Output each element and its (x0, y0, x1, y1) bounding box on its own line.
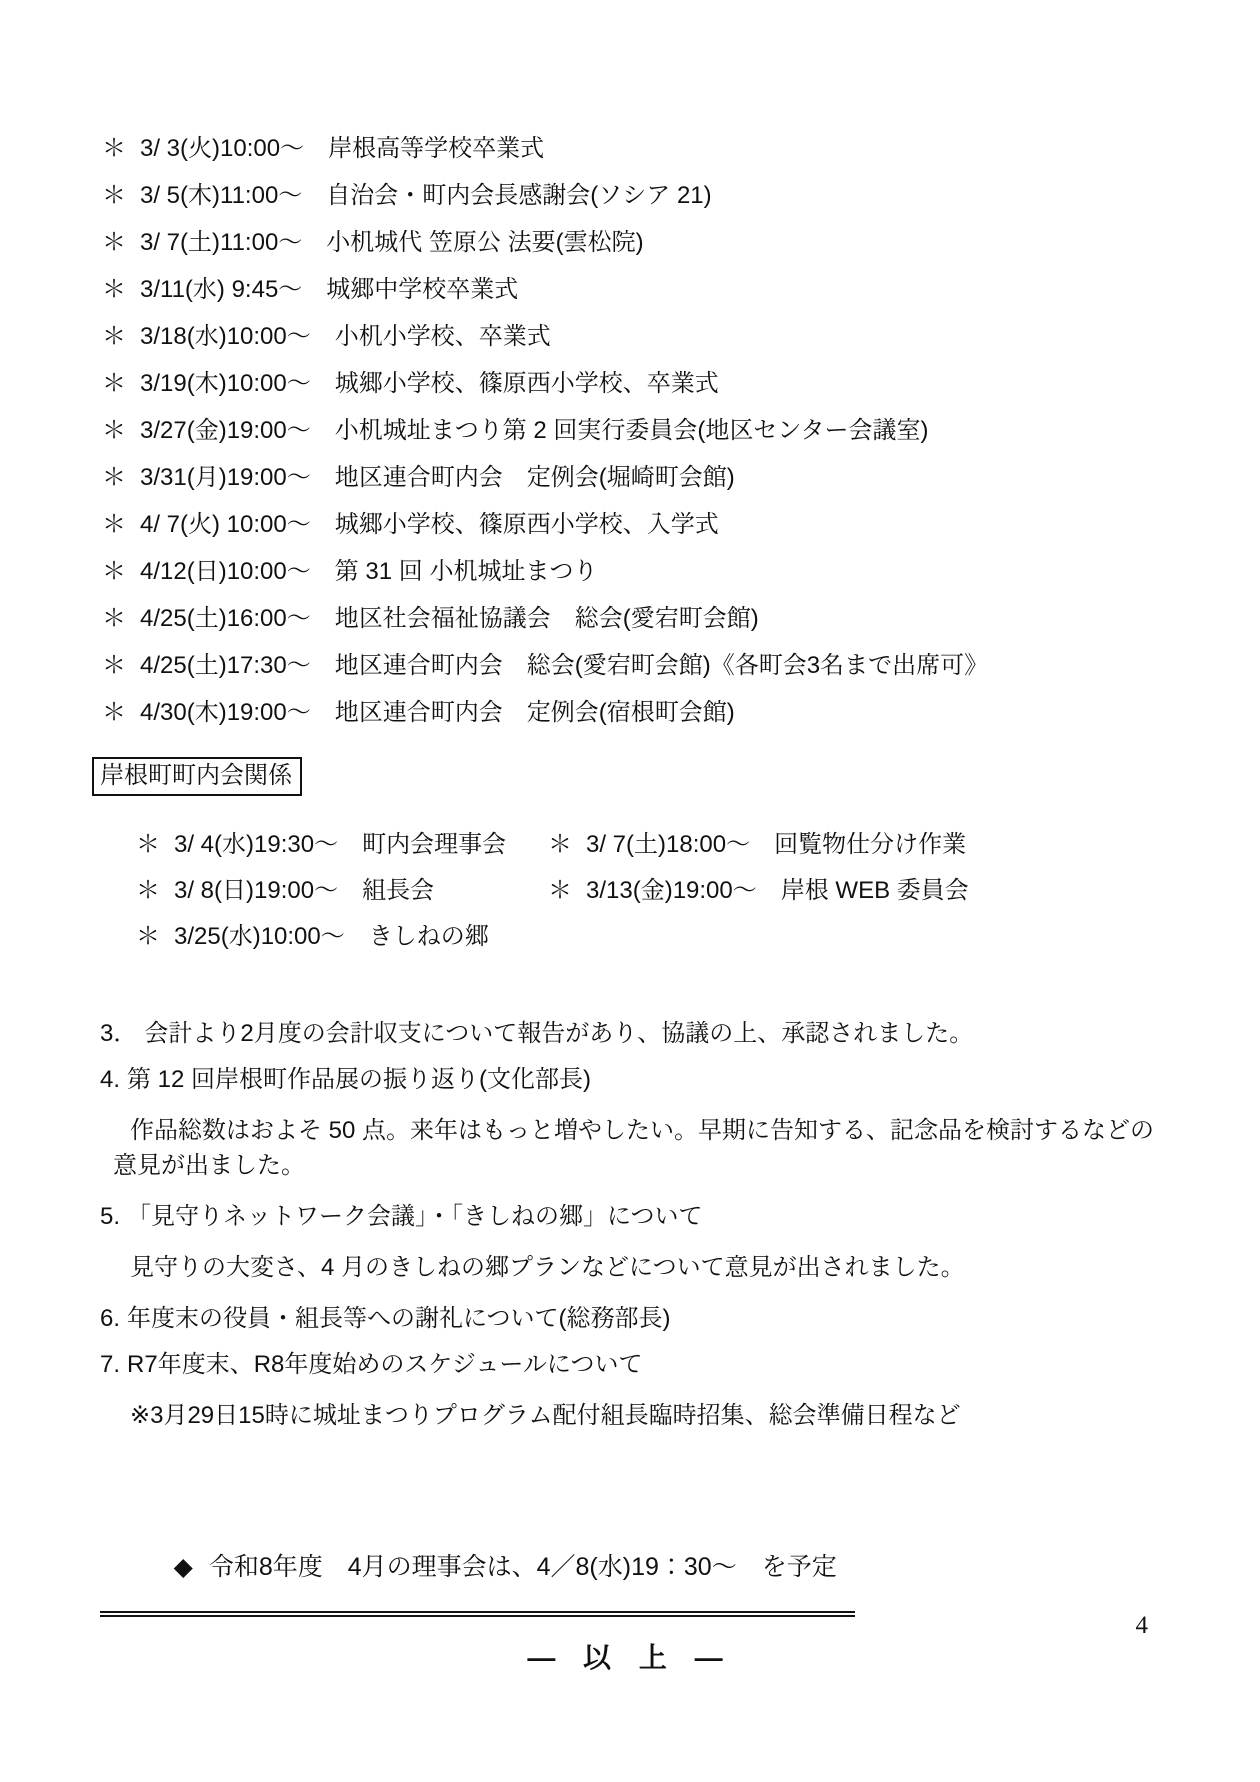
asterisk-bullet: ＊ (100, 230, 140, 255)
schedule-item-text: 4/25(土)17:30～ 地区連合町内会 総会(愛宕町会館)《各町会3名まで出… (140, 653, 988, 678)
schedule-item: ＊3/31(月)19:00～ 地区連合町内会 定例会(堀崎町会館) (100, 465, 1160, 490)
schedule-item: ＊3/ 8(日)19:00～ 組長会 (134, 878, 546, 903)
schedule-item: ＊3/ 3(火)10:00～ 岸根高等学校卒業式 (100, 136, 1160, 161)
agenda-number: 4. (100, 1067, 120, 1092)
asterisk-bullet: ＊ (546, 878, 586, 903)
schedule-item-text: 3/ 8(日)19:00～ 組長会 (174, 878, 434, 903)
asterisk-bullet: ＊ (100, 371, 140, 396)
agenda-item-5: 5.「見守りネットワーク会議」・「きしねの郷」について (100, 1204, 1160, 1229)
schedule-item: ＊3/ 7(土)18:00～ 回覧物仕分け作業 (546, 832, 966, 857)
asterisk-bullet: ＊ (100, 418, 140, 443)
next-meeting-text: 令和8年度 4月の理事会は、4／8(水)19：30～ を予定 (209, 1553, 837, 1581)
agenda-number: 6. (100, 1306, 120, 1331)
kishine-schedule: ＊3/ 4(水)19:30～ 町内会理事会 ＊3/ 7(土)18:00～ 回覧物… (100, 832, 1160, 949)
schedule-item: ＊3/27(金)19:00～ 小机城址まつり第 2 回実行委員会(地区センター会… (100, 418, 1160, 443)
agenda-detail: ※3月29日15時に城址まつりプログラム配付組長臨時招集、総会準備日程など (100, 1398, 1160, 1433)
asterisk-bullet: ＊ (134, 832, 174, 857)
schedule-item-text: 3/27(金)19:00～ 小机城址まつり第 2 回実行委員会(地区センター会議… (140, 418, 928, 443)
agenda-title: R7年度末、R8年度始めのスケジュールについて (127, 1352, 642, 1377)
agenda-detail: 見守りの大変さ、4 月のきしねの郷プランなどについて意見が出されました。 (100, 1250, 1160, 1285)
schedule-item: ＊4/30(木)19:00～ 地区連合町内会 定例会(宿根町会館) (100, 700, 1160, 725)
schedule-item: ＊4/12(日)10:00～ 第 31 回 小机城址まつり (100, 559, 1160, 584)
schedule-item: ＊3/13(金)19:00～ 岸根 WEB 委員会 (546, 878, 969, 903)
agenda-items: 3．会計より2月度の会計収支について報告があり、協議の上、承認されました。 4.… (100, 1021, 1160, 1433)
asterisk-bullet: ＊ (100, 277, 140, 302)
schedule-item: ＊3/25(水)10:00～ きしねの郷 (134, 924, 546, 949)
schedule-item: ＊3/18(水)10:00～ 小机小学校、卒業式 (100, 324, 1160, 349)
agenda-number: 7. (100, 1352, 120, 1377)
schedule-item-text: 3/ 5(木)11:00～ 自治会・町内会長感謝会(ソシア 21) (140, 183, 712, 208)
asterisk-bullet: ＊ (100, 606, 140, 631)
schedule-item-text: 4/12(日)10:00～ 第 31 回 小机城址まつり (140, 559, 597, 584)
main-schedule-list: ＊3/ 3(火)10:00～ 岸根高等学校卒業式 ＊3/ 5(木)11:00～ … (100, 136, 1160, 725)
asterisk-bullet: ＊ (100, 183, 140, 208)
schedule-item-text: 3/19(木)10:00～ 城郷小学校、篠原西小学校、卒業式 (140, 371, 719, 396)
agenda-item-3: 3．会計より2月度の会計収支について報告があり、協議の上、承認されました。 (100, 1021, 1160, 1046)
section-header-label: 岸根町町内会関係 (100, 762, 292, 789)
asterisk-bullet: ＊ (100, 512, 140, 537)
asterisk-bullet: ＊ (134, 924, 174, 949)
asterisk-bullet: ＊ (100, 136, 140, 161)
schedule-item-text: 4/ 7(火) 10:00～ 城郷小学校、篠原西小学校、入学式 (140, 512, 719, 537)
schedule-item-text: 3/31(月)19:00～ 地区連合町内会 定例会(堀崎町会館) (140, 465, 735, 490)
agenda-title: 「見守りネットワーク会議」・「きしねの郷」について (127, 1204, 703, 1229)
schedule-item: ＊3/ 4(水)19:30～ 町内会理事会 (134, 832, 546, 857)
agenda-item-7: 7.R7年度末、R8年度始めのスケジュールについて (100, 1352, 1160, 1377)
schedule-item-text: 3/13(金)19:00～ 岸根 WEB 委員会 (586, 878, 969, 903)
document-page: ＊3/ 3(火)10:00～ 岸根高等学校卒業式 ＊3/ 5(木)11:00～ … (0, 0, 1260, 1782)
asterisk-bullet: ＊ (100, 465, 140, 490)
schedule-item-text: 4/25(土)16:00～ 地区社会福祉協議会 総会(愛宕町会館) (140, 606, 759, 631)
schedule-item-text: 3/ 7(土)18:00～ 回覧物仕分け作業 (586, 832, 966, 857)
kishine-row: ＊3/ 4(水)19:30～ 町内会理事会 ＊3/ 7(土)18:00～ 回覧物… (134, 832, 1160, 857)
agenda-item-4: 4.第 12 回岸根町作品展の振り返り(文化部長) (100, 1067, 1160, 1092)
agenda-number: 3． (100, 1021, 137, 1046)
end-of-document-mark: ― 以 上 ― (100, 1645, 1160, 1670)
schedule-item: ＊4/ 7(火) 10:00～ 城郷小学校、篠原西小学校、入学式 (100, 512, 1160, 537)
agenda-title: 会計より2月度の会計収支について報告があり、協議の上、承認されました。 (144, 1021, 973, 1046)
diamond-bullet-icon: ◆ (174, 1553, 193, 1581)
agenda-detail: 作品総数はおよそ 50 点。来年はもっと増やしたい。早期に告知する、記念品を検討… (100, 1113, 1160, 1183)
page-number: 4 (1136, 1612, 1149, 1640)
schedule-item-text: 4/30(木)19:00～ 地区連合町内会 定例会(宿根町会館) (140, 700, 735, 725)
asterisk-bullet: ＊ (100, 559, 140, 584)
schedule-item: ＊4/25(土)17:30～ 地区連合町内会 総会(愛宕町会館)《各町会3名まで… (100, 653, 1160, 678)
schedule-item: ＊4/25(土)16:00～ 地区社会福祉協議会 総会(愛宕町会館) (100, 606, 1160, 631)
schedule-item: ＊3/ 5(木)11:00～ 自治会・町内会長感謝会(ソシア 21) (100, 183, 1160, 208)
asterisk-bullet: ＊ (100, 653, 140, 678)
asterisk-bullet: ＊ (546, 832, 586, 857)
asterisk-bullet: ＊ (134, 878, 174, 903)
schedule-item-text: 3/ 7(土)11:00～ 小机城代 笠原公 法要(雲松院) (140, 230, 644, 255)
schedule-item-text: 3/18(水)10:00～ 小机小学校、卒業式 (140, 324, 551, 349)
schedule-item-text: 3/ 4(水)19:30～ 町内会理事会 (174, 832, 506, 857)
next-meeting-note: ◆令和8年度 4月の理事会は、4／8(水)19：30～ を予定 (100, 1530, 855, 1617)
schedule-item: ＊3/ 7(土)11:00～ 小机城代 笠原公 法要(雲松院) (100, 230, 1160, 255)
schedule-item-text: 3/25(水)10:00～ きしねの郷 (174, 924, 489, 949)
schedule-item: ＊3/19(木)10:00～ 城郷小学校、篠原西小学校、卒業式 (100, 371, 1160, 396)
agenda-number: 5. (100, 1204, 120, 1229)
schedule-item: ＊3/11(水) 9:45～ 城郷中学校卒業式 (100, 277, 1160, 302)
asterisk-bullet: ＊ (100, 700, 140, 725)
section-header-box: 岸根町町内会関係 (92, 757, 302, 796)
schedule-item-text: 3/11(水) 9:45～ 城郷中学校卒業式 (140, 277, 518, 302)
page-content: ＊3/ 3(火)10:00～ 岸根高等学校卒業式 ＊3/ 5(木)11:00～ … (0, 0, 1260, 1670)
kishine-row: ＊3/ 8(日)19:00～ 組長会 ＊3/13(金)19:00～ 岸根 WEB… (134, 878, 1160, 903)
agenda-item-6: 6.年度末の役員・組長等への謝礼について(総務部長) (100, 1306, 1160, 1331)
kishine-row: ＊3/25(水)10:00～ きしねの郷 (134, 924, 1160, 949)
asterisk-bullet: ＊ (100, 324, 140, 349)
schedule-item-text: 3/ 3(火)10:00～ 岸根高等学校卒業式 (140, 136, 544, 161)
agenda-title: 年度末の役員・組長等への謝礼について(総務部長) (127, 1306, 671, 1331)
agenda-title: 第 12 回岸根町作品展の振り返り(文化部長) (127, 1067, 591, 1092)
